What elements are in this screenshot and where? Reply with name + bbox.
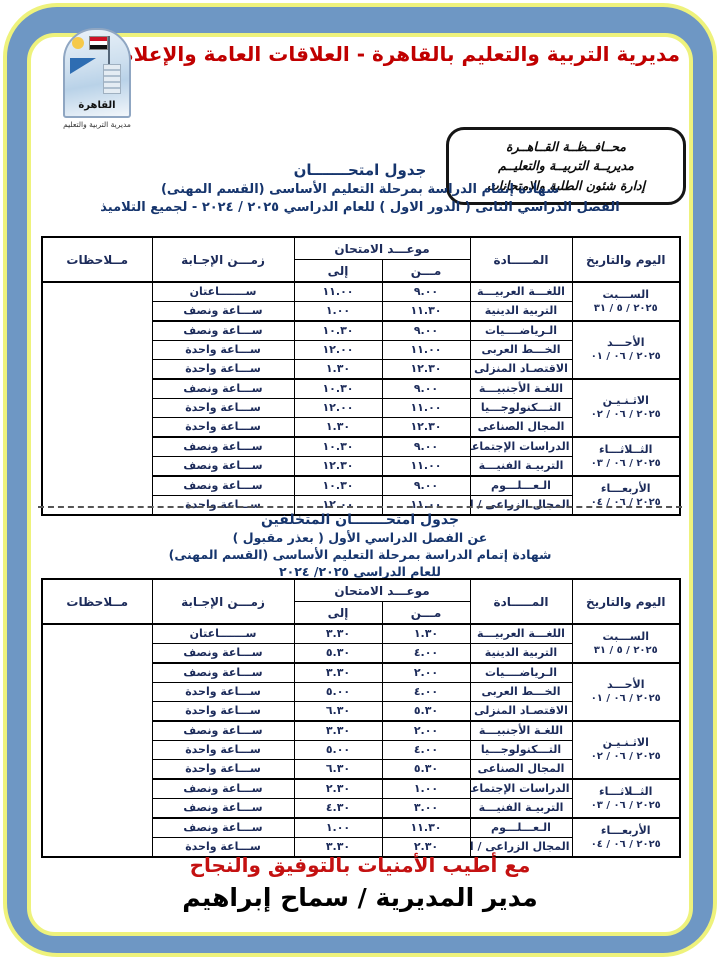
day-name: الأربعـــاء	[575, 483, 678, 496]
subject-cell: التربيـة الفنيـــة	[470, 457, 572, 477]
exam2-title-block: جدول امتحـــــــان المتخلفين عن الفصل ال…	[50, 512, 670, 579]
logo-arch: القاهرة	[63, 28, 131, 118]
subject-cell: اللغـة الأجنبيـــة	[470, 379, 572, 399]
logo-city-label: القاهرة	[65, 100, 129, 111]
time-from-cell: ١.٠٠	[382, 779, 470, 799]
duration-cell: ســـاعة ونصف	[152, 663, 294, 683]
notes-cell	[42, 624, 152, 857]
time-to-cell: ١٠.٣٠	[294, 321, 382, 341]
day-cell: الاثـنـيـن٢٠٢٥ / ٠٦ / ٠٢	[572, 379, 680, 437]
duration-cell: ســـاعة ونصف	[152, 818, 294, 838]
time-to-cell: ٤.٣٠	[294, 799, 382, 819]
time-from-cell: ٩.٠٠	[382, 476, 470, 496]
logo-caption: مديرية التربية والتعليم	[50, 120, 144, 129]
table-row: الســـبت٢٠٢٥ / ٥ / ٣١اللغـــة العربيـــة…	[42, 282, 680, 302]
time-from-cell: ١.٣٠	[382, 624, 470, 644]
subject-cell: المجال الصناعى	[470, 418, 572, 438]
egypt-flag-icon	[89, 36, 108, 50]
duration-cell: ســـاعة ونصف	[152, 379, 294, 399]
time-to-cell: ٥.٠٠	[294, 683, 382, 702]
day-cell: الاثـنـيـن٢٠٢٥ / ٠٦ / ٠٢	[572, 721, 680, 779]
notes-cell	[42, 282, 152, 515]
column-header-notes: مــلاحظات	[42, 237, 152, 282]
time-to-cell: ٢.٣٠	[294, 779, 382, 799]
time-from-cell: ٩.٠٠	[382, 321, 470, 341]
exam2-title-line3: شهادة إتمام الدراسة بمرحلة التعليم الأسا…	[50, 547, 670, 562]
time-to-cell: ١.٣٠	[294, 360, 382, 380]
subject-cell: التربيـة الفنيـــة	[470, 799, 572, 819]
day-name: الأحـــد	[575, 337, 678, 350]
subject-cell: الـعـــلـــوم	[470, 818, 572, 838]
subject-cell: الدراسات الإجتماعية	[470, 779, 572, 799]
time-from-cell: ٤.٠٠	[382, 741, 470, 760]
day-name: الاثـنـيـن	[575, 737, 678, 750]
cairo-directorate-logo: القاهرة مديرية التربية والتعليم	[50, 28, 144, 129]
exam-table-main: اليوم والتاريخالمـــــادةموعـــد الامتحا…	[41, 236, 681, 516]
column-header-exam-time: موعـــد الامتحان	[294, 579, 470, 602]
column-header-from: مـــن	[382, 260, 470, 283]
day-cell: الثــلاثـــاء٢٠٢٥ / ٠٦ / ٠٣	[572, 437, 680, 476]
time-from-cell: ٢.٠٠	[382, 663, 470, 683]
day-date: ٢٠٢٥ / ٠٦ / ٠٤	[575, 839, 678, 851]
exam1-title-line2: شهادة إتمام الدراسة بمرحلة التعليم الأسا…	[50, 182, 670, 197]
column-header-to: إلى	[294, 260, 382, 283]
day-cell: الســـبت٢٠٢٥ / ٥ / ٣١	[572, 624, 680, 663]
duration-cell: ســـاعة ونصف	[152, 321, 294, 341]
time-from-cell: ٤.٠٠	[382, 644, 470, 664]
exam1-title-line1: جدول امتحـــــــان	[50, 161, 670, 179]
time-from-cell: ٩.٠٠	[382, 437, 470, 457]
subject-cell: التربية الدينية	[470, 302, 572, 322]
subject-cell: الاقتصـاد المنزلى	[470, 702, 572, 722]
day-name: الأحـــد	[575, 679, 678, 692]
subject-cell: اللغـة الأجنبيـــة	[470, 721, 572, 741]
subject-cell: الدراسات الإجتماعية	[470, 437, 572, 457]
time-to-cell: ١.٠٠	[294, 302, 382, 322]
time-to-cell: ١.٠٠	[294, 818, 382, 838]
footer-director-signature: مدير المديرية / سماح إبراهيم	[0, 883, 720, 912]
exam2-title-line2: عن الفصل الدراسي الأول ( بعذر مقبول )	[50, 530, 670, 545]
day-date: ٢٠٢٥ / ٠٦ / ٠٣	[575, 458, 678, 470]
day-date: ٢٠٢٥ / ٠٦ / ٠٢	[575, 751, 678, 763]
column-header-duration: زمـــن الإجـابة	[152, 237, 294, 282]
duration-cell: ســـاعة ونصف	[152, 476, 294, 496]
column-header-to: إلى	[294, 602, 382, 625]
subject-cell: اللغـــة العربيـــة	[470, 282, 572, 302]
dashed-separator	[38, 506, 682, 508]
flag-stripe-black	[90, 45, 107, 49]
time-to-cell: ٥.٣٠	[294, 644, 382, 664]
column-header-duration: زمـــن الإجـابة	[152, 579, 294, 624]
day-date: ٢٠٢٥ / ٥ / ٣١	[575, 303, 678, 315]
document-page: مديرية التربية والتعليم بالقاهرة - العلا…	[0, 0, 720, 960]
time-from-cell: ٥.٣٠	[382, 760, 470, 780]
time-to-cell: ٥.٠٠	[294, 741, 382, 760]
duration-cell: ســـــــاعتان	[152, 624, 294, 644]
duration-cell: ســـاعة واحدة	[152, 683, 294, 702]
time-from-cell: ١١.٣٠	[382, 818, 470, 838]
time-to-cell: ١١.٠٠	[294, 282, 382, 302]
column-header-subject: المـــــادة	[470, 237, 572, 282]
time-from-cell: ٢.٠٠	[382, 721, 470, 741]
subject-cell: المجال الصناعى	[470, 760, 572, 780]
subject-cell: التربية الدينية	[470, 644, 572, 664]
time-to-cell: ٦.٣٠	[294, 702, 382, 722]
time-to-cell: ٣.٣٠	[294, 721, 382, 741]
footer-wishes: مع أطيب الأمنيات بالتوفيق والنجاح	[0, 853, 720, 877]
duration-cell: ســـاعة ونصف	[152, 437, 294, 457]
duration-cell: ســـاعة ونصف	[152, 779, 294, 799]
time-from-cell: ١٢.٣٠	[382, 360, 470, 380]
blue-pennant-icon	[70, 58, 96, 74]
subject-cell: الاقتصـاد المنزلى	[470, 360, 572, 380]
duration-cell: ســـــــاعتان	[152, 282, 294, 302]
time-to-cell: ١٠.٣٠	[294, 379, 382, 399]
day-date: ٢٠٢٥ / ٠٦ / ٠١	[575, 693, 678, 705]
time-from-cell: ١٢.٣٠	[382, 418, 470, 438]
day-name: الثــلاثـــاء	[575, 786, 678, 799]
duration-cell: ســـاعة واحدة	[152, 760, 294, 780]
duration-cell: ســـاعة ونصف	[152, 644, 294, 664]
time-from-cell: ٣.٠٠	[382, 799, 470, 819]
column-header-day: اليوم والتاريخ	[572, 579, 680, 624]
day-date: ٢٠٢٥ / ٠٦ / ٠٣	[575, 800, 678, 812]
time-from-cell: ٥.٣٠	[382, 702, 470, 722]
time-to-cell: ١٠.٣٠	[294, 476, 382, 496]
time-to-cell: ١٢.٣٠	[294, 457, 382, 477]
time-to-cell: ٦.٣٠	[294, 760, 382, 780]
day-cell: الســـبت٢٠٢٥ / ٥ / ٣١	[572, 282, 680, 321]
day-cell: الثــلاثـــاء٢٠٢٥ / ٠٦ / ٠٣	[572, 779, 680, 818]
exam2-title-line4: للعام الدراسي ٢٠٢٥/ ٢٠٢٤	[50, 564, 670, 579]
table-row: الســـبت٢٠٢٥ / ٥ / ٣١اللغـــة العربيـــة…	[42, 624, 680, 644]
duration-cell: ســـاعة واحدة	[152, 741, 294, 760]
day-date: ٢٠٢٥ / ٠٦ / ٠٢	[575, 409, 678, 421]
column-header-exam-time: موعـــد الامتحان	[294, 237, 470, 260]
duration-cell: ســـاعة ونصف	[152, 457, 294, 477]
time-from-cell: ١١.٠٠	[382, 457, 470, 477]
time-from-cell: ٩.٠٠	[382, 379, 470, 399]
subject-cell: الخـــط العربى	[470, 341, 572, 360]
time-to-cell: ١.٣٠	[294, 418, 382, 438]
subject-cell: الـرياضــــيات	[470, 663, 572, 683]
day-date: ٢٠٢٥ / ٠٦ / ٠١	[575, 351, 678, 363]
duration-cell: ســـاعة ونصف	[152, 799, 294, 819]
column-header-day: اليوم والتاريخ	[572, 237, 680, 282]
time-to-cell: ١٠.٣٠	[294, 437, 382, 457]
exam2-title-line1: جدول امتحـــــــان المتخلفين	[50, 512, 670, 528]
day-cell: الأربعـــاء٢٠٢٥ / ٠٦ / ٠٤	[572, 476, 680, 515]
subject-cell: الـرياضــــيات	[470, 321, 572, 341]
subject-cell: الـعـــلـــوم	[470, 476, 572, 496]
column-header-notes: مــلاحظات	[42, 579, 152, 624]
duration-cell: ســـاعة واحدة	[152, 418, 294, 438]
day-cell: الأربعـــاء٢٠٢٥ / ٠٦ / ٠٤	[572, 818, 680, 857]
time-from-cell: ١١.٠٠	[382, 399, 470, 418]
time-to-cell: ١٢.٠٠	[294, 341, 382, 360]
day-name: الســـبت	[575, 631, 678, 644]
day-cell: الأحـــد٢٠٢٥ / ٠٦ / ٠١	[572, 663, 680, 721]
column-header-subject: المـــــادة	[470, 579, 572, 624]
subject-cell: التـــكنولوجـــيا	[470, 399, 572, 418]
day-date: ٢٠٢٥ / ٥ / ٣١	[575, 645, 678, 657]
time-from-cell: ١١.٠٠	[382, 341, 470, 360]
duration-cell: ســـاعة واحدة	[152, 702, 294, 722]
duration-cell: ســـاعة واحدة	[152, 399, 294, 418]
column-header-from: مـــن	[382, 602, 470, 625]
duration-cell: ســـاعة واحدة	[152, 360, 294, 380]
day-name: الثــلاثـــاء	[575, 444, 678, 457]
page-title: مديرية التربية والتعليم بالقاهرة - العلا…	[145, 42, 680, 66]
subject-cell: التـــكنولوجـــيا	[470, 741, 572, 760]
duration-cell: ســـاعة ونصف	[152, 721, 294, 741]
subject-cell: اللغـــة العربيـــة	[470, 624, 572, 644]
time-from-cell: ٤.٠٠	[382, 683, 470, 702]
day-name: الأربعـــاء	[575, 825, 678, 838]
duration-cell: ســـاعة ونصف	[152, 302, 294, 322]
time-to-cell: ١٢.٠٠	[294, 399, 382, 418]
stamp-line-1: محــافــظــة القــاهــرة	[457, 137, 675, 156]
time-from-cell: ٩.٠٠	[382, 282, 470, 302]
time-to-cell: ٣.٣٠	[294, 663, 382, 683]
exam-table-makeup: اليوم والتاريخالمـــــادةموعـــد الامتحا…	[41, 578, 681, 858]
building-icon	[103, 64, 121, 94]
duration-cell: ســـاعة واحدة	[152, 341, 294, 360]
subject-cell: الخـــط العربى	[470, 683, 572, 702]
day-name: الاثـنـيـن	[575, 395, 678, 408]
day-cell: الأحـــد٢٠٢٥ / ٠٦ / ٠١	[572, 321, 680, 379]
time-from-cell: ١١.٣٠	[382, 302, 470, 322]
exam1-title-block: جدول امتحـــــــان شهادة إتمام الدراسة ب…	[50, 161, 670, 215]
exam1-title-line3: الفصل الدراسي الثانى ( الدور الاول ) للع…	[50, 200, 670, 215]
day-name: الســـبت	[575, 289, 678, 302]
time-to-cell: ٣.٣٠	[294, 624, 382, 644]
sun-icon	[72, 37, 84, 49]
